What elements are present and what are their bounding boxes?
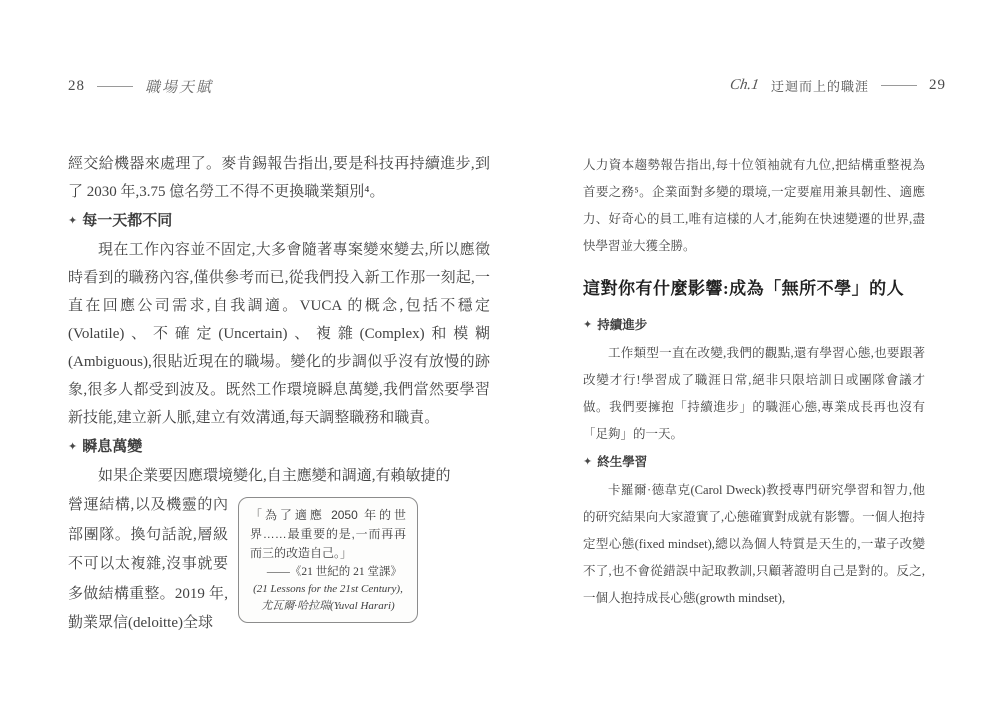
section-title: 持續進步 (597, 312, 647, 339)
pull-quote-box: 「為了適應 2050 年的世界……最重要的是,一而再再而三的改造自己。」 ——《… (238, 497, 418, 623)
four-pointed-star-icon: ✦ (68, 207, 77, 235)
pull-quote-source-english: (21 Lessons for the 21st Century), (250, 581, 406, 598)
four-pointed-star-icon: ✦ (68, 433, 77, 461)
chapter-label: Ch.1 (729, 77, 760, 94)
section-head-every-day-different: ✦ 每一天都不同 (68, 207, 490, 235)
section-main-heading: 這對你有什麼影響:成為「無所不學」的人 (583, 276, 925, 302)
left-page-body: 經交給機器來處理了。麥肯錫報告指出,要是科技再持續進步,到了 2030 年,3.… (68, 150, 490, 639)
left-page-header: 28 職場天賦 (68, 76, 213, 97)
section-head-rapid-change: ✦ 瞬息萬變 (68, 433, 490, 461)
four-pointed-star-icon: ✦ (583, 312, 592, 339)
chapter-title: 迂迴而上的職涯 (771, 76, 869, 95)
pull-quote-source-title: ——《21 世紀的 21 堂課》 (250, 563, 406, 581)
right-page-header: Ch.1 迂迴而上的職涯 29 (730, 76, 946, 95)
book-title: 職場天賦 (145, 76, 213, 97)
left-section1-paragraph: 現在工作內容並不固定,大多會隨著專案變來變去,所以應徵時看到的職務內容,僅供參考… (68, 236, 490, 432)
header-dash (97, 86, 133, 87)
pull-quote-text: 「為了適應 2050 年的世界……最重要的是,一而再再而三的改造自己。」 (250, 506, 406, 563)
right-page-number: 29 (929, 77, 946, 94)
section-title: 瞬息萬變 (82, 433, 142, 461)
pull-quote-author: 尤瓦爾·哈拉瑞(Yuval Harari) (250, 598, 406, 615)
section-title: 每一天都不同 (82, 207, 172, 235)
right-page-body: 人力資本趨勢報告指出,每十位領袖就有九位,把結構重整視為首要之務⁵。企業面對多變… (583, 152, 925, 612)
header-dash (881, 85, 917, 86)
right-section1-paragraph: 工作類型一直在改變,我們的觀點,還有學習心態,也要跟著改變才行!學習成了職涯日常… (583, 340, 925, 448)
wrapped-paragraph-row: 營運結構,以及機靈的內部團隊。換句話說,層級不可以太複雜,沒事就要多做結構重整。… (68, 491, 490, 639)
right-section2-paragraph: 卡羅爾·德韋克(Carol Dweck)教授專門研究學習和智力,他的研究結果向大… (583, 477, 925, 612)
left-section2-wrapped-text: 營運結構,以及機靈的內部團隊。換句話說,層級不可以太複雜,沒事就要多做結構重整。… (68, 491, 228, 639)
four-pointed-star-icon: ✦ (583, 449, 592, 476)
left-page-number: 28 (68, 78, 85, 95)
section-head-continuous-improvement: ✦ 持續進步 (583, 312, 925, 339)
section-title: 終生學習 (597, 449, 647, 476)
right-intro-paragraph: 人力資本趨勢報告指出,每十位領袖就有九位,把結構重整視為首要之務⁵。企業面對多變… (583, 152, 925, 260)
left-section2-first-line: 如果企業要因應環境變化,自主應變和調適,有賴敏捷的 (68, 462, 490, 490)
section-head-lifelong-learning: ✦ 終生學習 (583, 449, 925, 476)
left-intro-paragraph: 經交給機器來處理了。麥肯錫報告指出,要是科技再持續進步,到了 2030 年,3.… (68, 150, 490, 206)
